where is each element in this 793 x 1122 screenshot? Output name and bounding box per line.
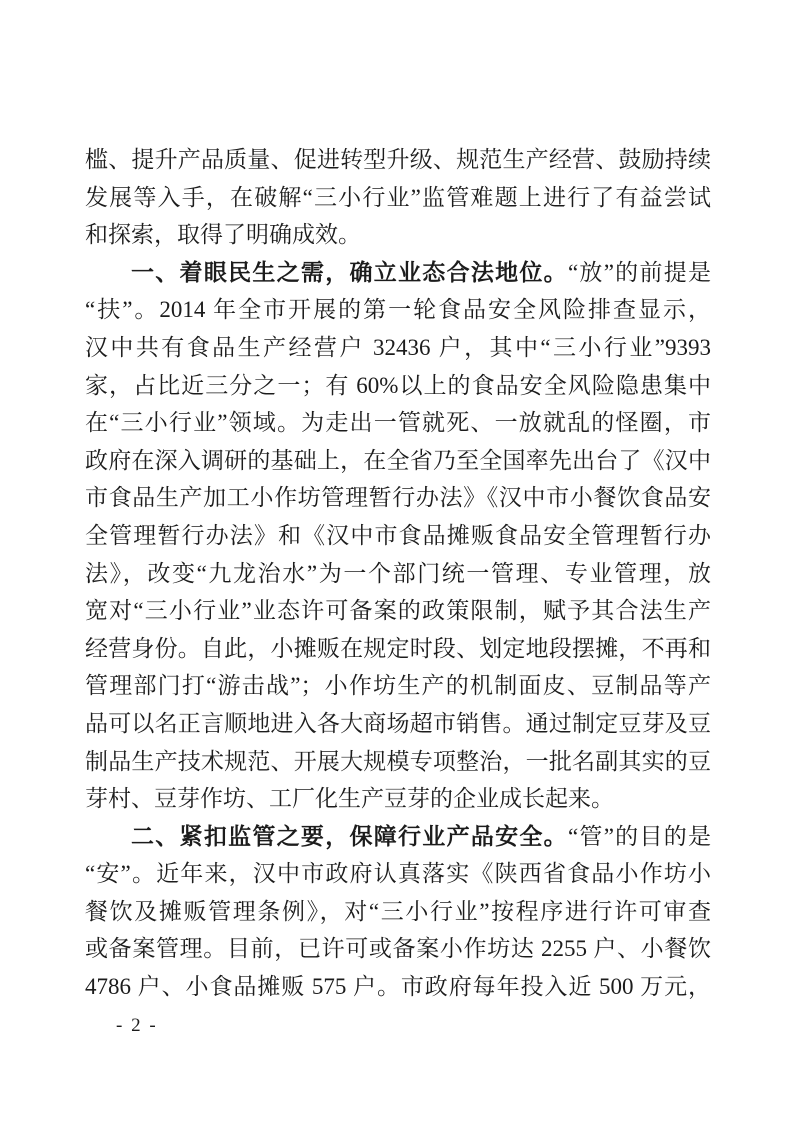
text-line: 经营身份。自此，小摊贩在规定时段、划定地段摆摊，不再和 <box>85 630 711 668</box>
text-line: “安”。近年来，汉中市政府认真落实《陕西省食品小作坊小 <box>85 855 711 893</box>
section-heading-text: 二、紧扣监管之要，保障行业产品安全。 <box>131 823 568 849</box>
text-line: 管理部门打“游击战”；小作坊生产的机制面皮、豆制品等产 <box>85 667 711 705</box>
text-line: 芽村、豆芽作坊、工厂化生产豆芽的企业成长起来。 <box>85 780 711 818</box>
text-line: 槛、提升产品质量、促进转型升级、规范生产经营、鼓励持续 <box>85 141 711 179</box>
body-text: “放”的前提是 <box>568 260 711 285</box>
body-text: “扶”。2014 年全市开展的第一轮食品安全风险排查显示， <box>85 297 711 322</box>
text-line: 全管理暂行办法》和《汉中市食品摊贩食品安全管理暂行办 <box>85 517 711 555</box>
document-body: 槛、提升产品质量、促进转型升级、规范生产经营、鼓励持续发展等入手，在破解“三小行… <box>85 141 711 1006</box>
text-line: 4786 户、小食品摊贩 575 户。市政府每年投入近 500 万元， <box>85 968 711 1006</box>
body-text: 和探索，取得了明确成效。 <box>85 222 361 247</box>
body-text: 发展等入手，在破解“三小行业”监管难题上进行了有益尝试 <box>85 185 711 210</box>
body-text: “安”。近年来，汉中市政府认真落实《陕西省食品小作坊小 <box>85 861 711 886</box>
text-line: 宽对“三小行业”业态许可备案的政策限制，赋予其合法生产 <box>85 592 711 630</box>
text-line: 或备案管理。目前，已许可或备案小作坊达 2255 户、小餐饮 <box>85 930 711 968</box>
text-line: 和探索，取得了明确成效。 <box>85 216 711 254</box>
text-line: 市食品生产加工小作坊管理暂行办法》《汉中市小餐饮食品安 <box>85 479 711 517</box>
body-text: 芽村、豆芽作坊、工厂化生产豆芽的企业成长起来。 <box>85 786 614 811</box>
text-line: “扶”。2014 年全市开展的第一轮食品安全风险排查显示， <box>85 291 711 329</box>
document-page: 槛、提升产品质量、促进转型升级、规范生产经营、鼓励持续发展等入手，在破解“三小行… <box>0 0 793 1122</box>
body-text: 4786 户、小食品摊贩 575 户。市政府每年投入近 500 万元， <box>85 974 711 999</box>
text-line: 餐饮及摊贩管理条例》，对“三小行业”按程序进行许可审查 <box>85 893 711 931</box>
text-line: 品可以名正言顺地进入各大商场超市销售。通过制定豆芽及豆 <box>85 705 711 743</box>
body-text: 家，占比近三分之一；有 60%以上的食品安全风险隐患集中 <box>85 373 711 398</box>
text-line: 二、紧扣监管之要，保障行业产品安全。“管”的目的是 <box>85 818 711 856</box>
body-text: 槛、提升产品质量、促进转型升级、规范生产经营、鼓励持续 <box>85 147 711 172</box>
body-text: 制品生产技术规范、开展大规模专项整治，一批名副其实的豆 <box>85 749 711 774</box>
text-line: 在“三小行业”领域。为走出一管就死、一放就乱的怪圈，市 <box>85 404 711 442</box>
body-text: 管理部门打“游击战”；小作坊生产的机制面皮、豆制品等产 <box>85 673 711 698</box>
body-text: “管”的目的是 <box>568 824 711 849</box>
text-line: 政府在深入调研的基础上，在全省乃至全国率先出台了《汉中 <box>85 442 711 480</box>
text-line: 法》，改变“九龙治水”为一个部门统一管理、专业管理，放 <box>85 555 711 593</box>
body-text: 经营身份。自此，小摊贩在规定时段、划定地段摆摊，不再和 <box>85 636 711 661</box>
body-text: 政府在深入调研的基础上，在全省乃至全国率先出台了《汉中 <box>85 448 711 473</box>
body-text: 在“三小行业”领域。为走出一管就死、一放就乱的怪圈，市 <box>85 410 711 435</box>
section-heading-text: 一、着眼民生之需，确立业态合法地位。 <box>131 259 568 285</box>
text-line: 汉中共有食品生产经营户 32436 户，其中“三小行业”9393 <box>85 329 711 367</box>
text-line: 家，占比近三分之一；有 60%以上的食品安全风险隐患集中 <box>85 367 711 405</box>
text-line: 发展等入手，在破解“三小行业”监管难题上进行了有益尝试 <box>85 179 711 217</box>
body-text: 或备案管理。目前，已许可或备案小作坊达 2255 户、小餐饮 <box>85 936 711 961</box>
page-number: - 2 - <box>116 1013 158 1039</box>
body-text: 餐饮及摊贩管理条例》，对“三小行业”按程序进行许可审查 <box>85 899 711 924</box>
body-text: 宽对“三小行业”业态许可备案的政策限制，赋予其合法生产 <box>85 598 711 623</box>
body-text: 品可以名正言顺地进入各大商场超市销售。通过制定豆芽及豆 <box>85 711 711 736</box>
body-text: 全管理暂行办法》和《汉中市食品摊贩食品安全管理暂行办 <box>85 523 711 548</box>
body-text: 汉中共有食品生产经营户 32436 户，其中“三小行业”9393 <box>85 335 711 360</box>
text-line: 一、着眼民生之需，确立业态合法地位。“放”的前提是 <box>85 254 711 292</box>
text-line: 制品生产技术规范、开展大规模专项整治，一批名副其实的豆 <box>85 743 711 781</box>
body-text: 市食品生产加工小作坊管理暂行办法》《汉中市小餐饮食品安 <box>85 485 711 510</box>
body-text: 法》，改变“九龙治水”为一个部门统一管理、专业管理，放 <box>85 561 711 586</box>
